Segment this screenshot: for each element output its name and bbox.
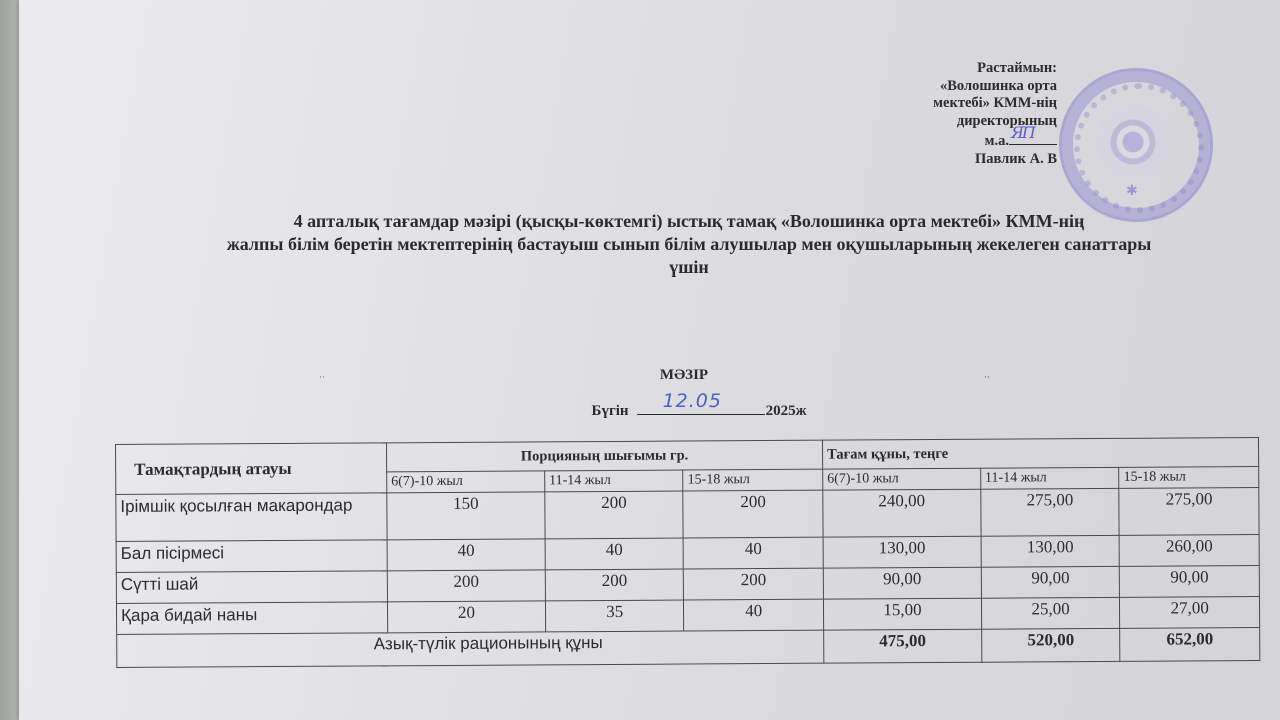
price-cell: 90,00 <box>823 567 981 599</box>
handwritten-date: 12.05 <box>663 390 722 412</box>
price-cell: 275,00 <box>981 488 1120 536</box>
portion-cell: 200 <box>387 570 545 602</box>
portion-cell: 40 <box>683 537 823 569</box>
portion-cell: 20 <box>387 601 545 633</box>
approval-role-prefix: м.а. <box>985 133 1009 149</box>
portion-cell: 150 <box>387 492 545 540</box>
document-page: ✱ Растаймын: «Волошинка орта мектебі» КМ… <box>19 0 1280 720</box>
column-header-name: Тамақтардың атауы <box>116 443 387 495</box>
menu-table: Тамақтардың атауы Порцияның шығымы гр. Т… <box>115 437 1260 668</box>
dish-name: Қара бидай наны <box>116 602 387 635</box>
title-line-1: 4 апталық тағамдар мәзірі (қысқы-көктемг… <box>119 210 1259 233</box>
date-suffix: 2025ж <box>766 403 807 419</box>
document-title: 4 апталық тағамдар мәзірі (қысқы-көктемг… <box>119 210 1259 279</box>
star-icon: ✱ <box>1126 183 1138 199</box>
age-group-header: 15-18 жыл <box>1119 467 1259 489</box>
date-prefix: Бүгін <box>592 403 629 419</box>
price-cell: 130,00 <box>823 536 981 568</box>
scan-mark: ·· <box>984 372 990 382</box>
price-cell: 27,00 <box>1120 597 1260 629</box>
approval-line-2: «Волошинка орта <box>874 78 1057 96</box>
state-emblem-icon <box>1096 105 1170 179</box>
approval-line-3: мектебі» КММ-нің <box>874 95 1057 113</box>
price-cell: 90,00 <box>1120 566 1260 598</box>
portion-cell: 200 <box>545 569 684 601</box>
age-group-header: 6(7)-10 жыл <box>387 471 545 493</box>
price-cell: 240,00 <box>823 489 981 537</box>
age-group-header: 11-14 жыл <box>980 467 1119 489</box>
column-header-price: Тағам құны, теңге <box>822 438 1258 470</box>
official-stamp: ✱ <box>1059 68 1213 222</box>
price-cell: 25,00 <box>981 597 1120 629</box>
total-value: 520,00 <box>981 628 1120 662</box>
portion-cell: 40 <box>387 539 545 571</box>
signature: ЯП <box>1011 124 1034 142</box>
age-group-header: 15-18 жыл <box>683 469 823 491</box>
portion-cell: 200 <box>684 568 824 600</box>
price-cell: 90,00 <box>981 566 1120 598</box>
total-value: 652,00 <box>1120 628 1260 662</box>
title-line-2: жалпы білім беретін мектептерінің бастау… <box>119 233 1259 256</box>
age-group-header: 11-14 жыл <box>545 470 684 492</box>
price-cell: 130,00 <box>981 535 1120 567</box>
portion-cell: 200 <box>545 491 684 539</box>
date-line: 12.05 <box>637 398 765 415</box>
title-line-3: үшін <box>119 256 1259 279</box>
signature-line: ЯП <box>1009 130 1057 145</box>
total-value: 475,00 <box>824 629 982 663</box>
table-total-row: Азық-түлік рационының құны 475,00 520,00… <box>117 628 1260 668</box>
table-row: Ірімшік қосылған макарондар 150 200 200 … <box>116 488 1259 542</box>
scan-mark: ·· <box>319 372 325 382</box>
menu-heading: МӘЗІР <box>579 367 789 384</box>
price-cell: 275,00 <box>1119 488 1259 536</box>
portion-cell: 35 <box>545 600 684 632</box>
approval-signature-row: м.а.ЯП <box>874 130 1057 151</box>
dish-name: Ірімшік қосылған макарондар <box>116 493 387 542</box>
price-cell: 260,00 <box>1119 535 1259 567</box>
total-label: Азық-түлік рационының құны <box>117 630 824 667</box>
approval-line-1: Растаймын: <box>874 60 1057 78</box>
portion-cell: 40 <box>684 599 824 631</box>
price-cell: 15,00 <box>823 598 981 630</box>
approval-block: Растаймын: «Волошинка орта мектебі» КММ-… <box>874 60 1057 168</box>
portion-cell: 40 <box>545 538 684 570</box>
approval-director-name: Павлик А. В <box>874 151 1057 169</box>
dish-name: Сүтті шай <box>116 571 387 604</box>
column-header-portion: Порцияның шығымы гр. <box>386 440 822 472</box>
age-group-header: 6(7)-10 жыл <box>823 468 981 490</box>
dish-name: Бал пісірмесі <box>116 540 387 573</box>
date-row: Бүгін12.052025ж <box>559 398 839 420</box>
portion-cell: 200 <box>683 490 823 538</box>
